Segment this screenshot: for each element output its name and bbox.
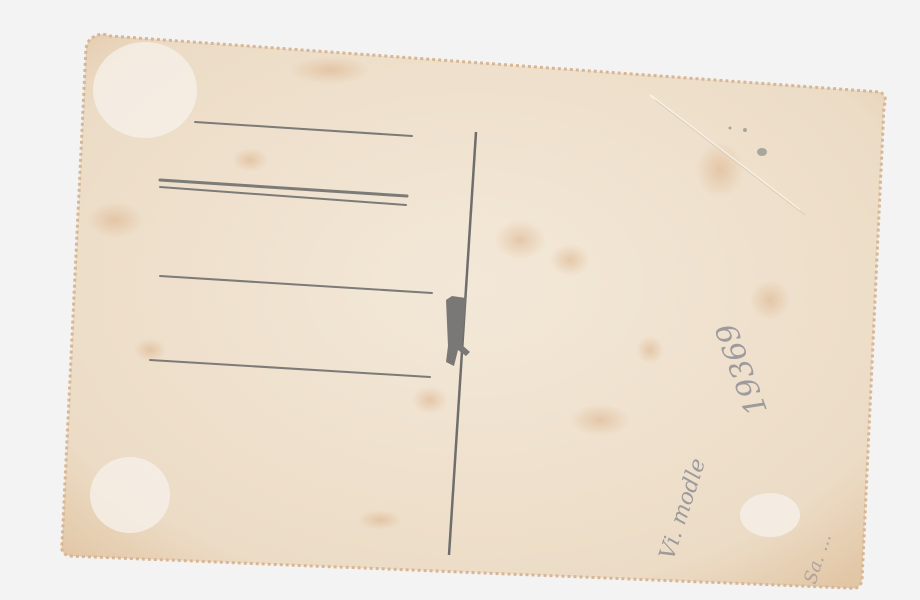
postcard: 19369 Vi. modle Sa. ... xyxy=(0,0,920,600)
postcard-back-illustration xyxy=(0,0,920,600)
